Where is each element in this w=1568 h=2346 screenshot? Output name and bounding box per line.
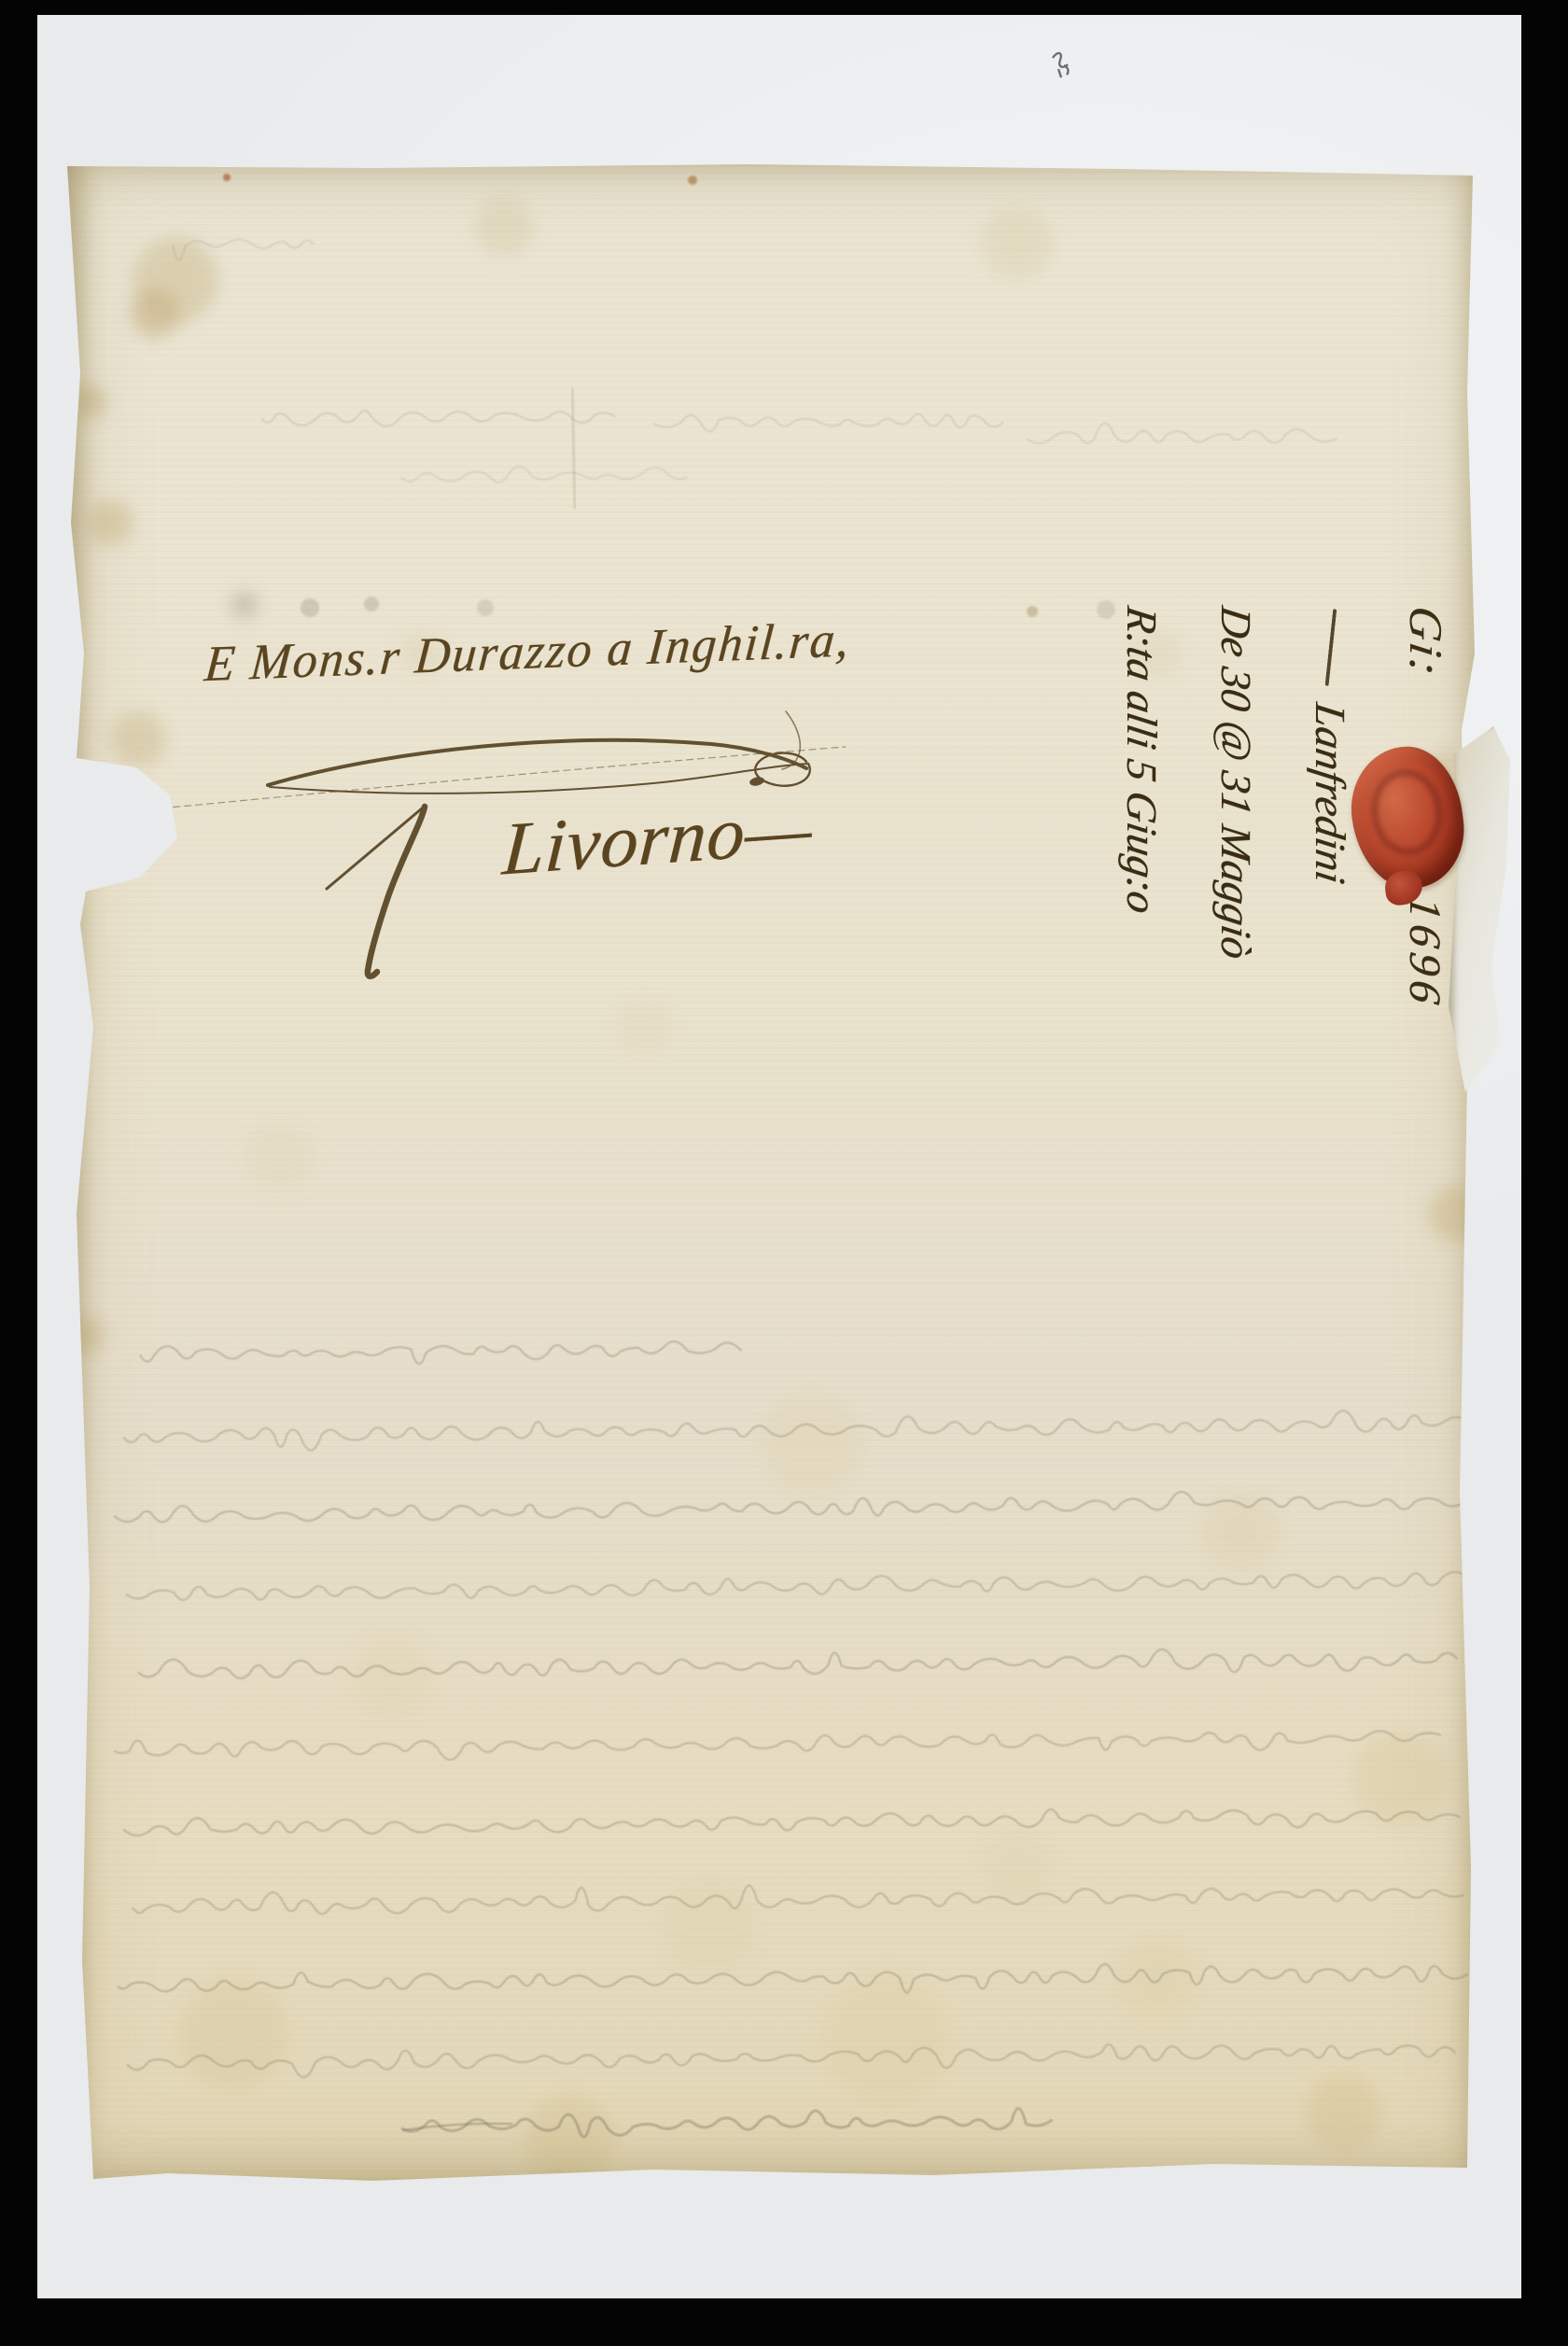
docket-line-reply: R:ta alli 5 Giug:o bbox=[1095, 600, 1189, 1071]
docket-line-date: De 30 @ 31 Maggiò bbox=[1189, 600, 1283, 1071]
paper-artwork bbox=[0, 0, 1568, 2346]
docket-reply-note: R:ta alli 5 Giug:o bbox=[1118, 603, 1166, 917]
docket-date-range: De 30 @ 31 Maggiò bbox=[1212, 603, 1260, 962]
scan-bed: E Mons.r Durazzo a Inghil.ra, Livorno— G… bbox=[37, 15, 1521, 2298]
show-through-text bbox=[114, 239, 1473, 2139]
docket-year: 1696 bbox=[1400, 893, 1449, 1012]
torn-seal-flap bbox=[1449, 726, 1514, 1095]
background-ink-mark bbox=[1045, 47, 1092, 103]
stain-spots bbox=[67, 174, 1484, 2184]
letter-address-leaf: E Mons.r Durazzo a Inghil.ra, Livorno— G… bbox=[67, 163, 1478, 2185]
scan-frame: { "scan": { "background_color": "#edeff1… bbox=[0, 0, 1568, 2346]
docket-filing-mark: Gi: bbox=[1400, 603, 1452, 681]
docket-sender: Lanfredini bbox=[1307, 700, 1354, 887]
